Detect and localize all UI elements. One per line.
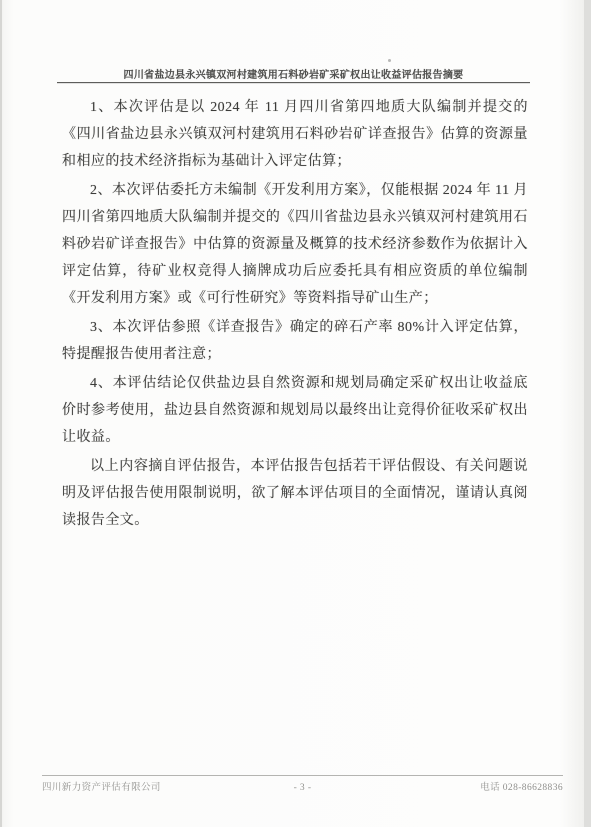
paragraph-5: 以上内容摘自评估报告，本评估报告包括若干评估假设、有关问题说明及评估报告使用限制… — [62, 453, 528, 534]
document-page: 四川省盐边县永兴镇双河村建筑用石料砂岩矿采矿权出让收益评估报告摘要 1、本次评估… — [0, 0, 591, 827]
scan-speck — [388, 59, 391, 62]
document-body: 1、本次评估是以 2024 年 11 月四川省第四地质大队编制并提交的《四川省盐… — [62, 94, 528, 536]
header-rule — [57, 82, 530, 83]
footer-page-number: - 3 - — [250, 783, 354, 793]
paragraph-1: 1、本次评估是以 2024 年 11 月四川省第四地质大队编制并提交的《四川省盐… — [62, 94, 528, 175]
scan-edge-right — [584, 0, 591, 827]
footer-company-name: 四川新力资产评估有限公司 — [42, 779, 250, 793]
page-footer: 四川新力资产评估有限公司 - 3 - 电话 028-86628836 — [42, 779, 563, 793]
paragraph-3: 3、本次评估参照《详查报告》确定的碎石产率 80%计入评定估算，特提醒报告使用者… — [62, 314, 528, 368]
page-header-title: 四川省盐边县永兴镇双河村建筑用石料砂岩矿采矿权出让收益评估报告摘要 — [57, 66, 530, 81]
footer-rule — [42, 775, 563, 776]
paragraph-2: 2、本次评估委托方未编制《开发利用方案》，仅能根据 2024 年 11 月四川省… — [62, 177, 528, 312]
scan-edge-left — [0, 0, 2, 827]
paragraph-4: 4、本评估结论仅供盐边县自然资源和规划局确定采矿权出让收益底价时参考使用，盐边县… — [62, 370, 528, 451]
footer-phone: 电话 028-86628836 — [355, 779, 563, 793]
